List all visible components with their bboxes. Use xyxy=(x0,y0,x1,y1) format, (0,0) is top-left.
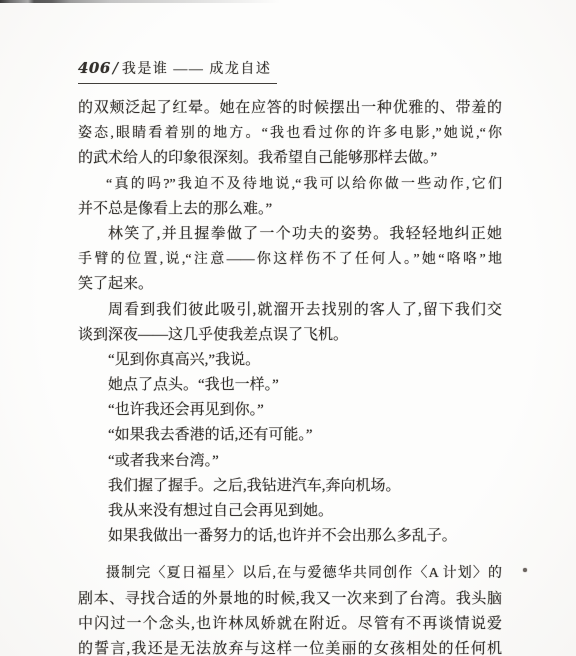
paragraph: 我从来没有想过自己会再见到她。 xyxy=(78,499,502,524)
text-line: 的双颊泛起了红晕。她在应答的时候摆出一种优雅的、带羞的 xyxy=(78,96,502,121)
paragraph: 周看到我们彼此吸引,就溜开去找别的客人了,留下我们交 谈到深夜——这几乎使我差点… xyxy=(78,298,502,348)
paragraph: “也许我还会再见到你。” xyxy=(78,398,502,423)
text-line: “见到你真高兴,”我说。 xyxy=(78,348,502,373)
text-line: 她点了点头。“我也一样。” xyxy=(78,373,502,398)
text-line: 林笑了,并且握拳做了一个功夫的姿势。我轻轻地纠正她 xyxy=(78,222,502,247)
text-line: 的誓言,我还是无法放弃与这样一位美丽的女孩相处的任何机 xyxy=(78,637,502,656)
paragraph: 我们握了握手。之后,我钻进汽车,奔向机场。 xyxy=(78,474,502,499)
text-line: “真的吗?”我迫不及待地说,“我可以给你做一些动作,它们 xyxy=(78,172,502,197)
book-page-scan: 406/我是谁 —— 成龙自述 的双颊泛起了红晕。她在应答的时候摆出一种优雅的、… xyxy=(0,0,576,656)
text-line: “或者我来台湾。” xyxy=(78,449,502,474)
scan-speck-artifact xyxy=(523,568,527,572)
paragraph: “真的吗?”我迫不及待地说,“我可以给你做一些动作,它们 并不总是像看上去的那么… xyxy=(78,172,502,222)
page-header: 406/我是谁 —— 成龙自述 xyxy=(78,58,277,84)
page-number: 406 xyxy=(78,59,111,77)
text-line: “也许我还会再见到你。” xyxy=(78,398,502,423)
text-line: 我们握了握手。之后,我钻进汽车,奔向机场。 xyxy=(78,474,502,499)
text-line: 中闪过一个念头,也许林凤娇就在附近。尽管有不再谈情说爱 xyxy=(78,612,502,637)
text-line: 摄制完〈夏日福星〉以后,在与爱德华共同创作〈A 计划〉的 xyxy=(78,561,502,586)
text-line: 并不总是像看上去的那么难。” xyxy=(78,197,502,222)
text-line: 如果我做出一番努力的话,也许并不会出那么多乱子。 xyxy=(78,524,502,549)
text-line: 手臂的位置,说,“注意——你这样伤不了任何人。”她“咯咯”地 xyxy=(78,247,502,272)
text-line: “如果我去香港的话,还有可能。” xyxy=(78,423,502,448)
text-line: 我从来没有想过自己会再见到她。 xyxy=(78,499,502,524)
header-separator: / xyxy=(111,59,122,77)
text-line: 笑了起来。 xyxy=(78,272,502,297)
body-text: 的双颊泛起了红晕。她在应答的时候摆出一种优雅的、带羞的 姿态,眼睛看着别的地方。… xyxy=(78,96,502,656)
paragraph: 她点了点头。“我也一样。” xyxy=(78,373,502,398)
book-title: 我是谁 —— 成龙自述 xyxy=(122,62,272,77)
text-line: 剧本、寻找合适的外景地的时候,我又一次来到了台湾。我头脑 xyxy=(78,587,502,612)
paragraph: “见到你真高兴,”我说。 xyxy=(78,348,502,373)
scan-edge-artifact xyxy=(0,0,280,3)
text-line: 的武术给人的印象很深刻。我希望自己能够那样去做。” xyxy=(78,146,502,171)
paragraph: 摄制完〈夏日福星〉以后,在与爱德华共同创作〈A 计划〉的 剧本、寻找合适的外景地… xyxy=(78,561,502,656)
text-line: 周看到我们彼此吸引,就溜开去找别的客人了,留下我们交 xyxy=(78,298,502,323)
paragraph: 林笑了,并且握拳做了一个功夫的姿势。我轻轻地纠正她 手臂的位置,说,“注意——你… xyxy=(78,222,502,298)
paragraph: 的双颊泛起了红晕。她在应答的时候摆出一种优雅的、带羞的 姿态,眼睛看着别的地方。… xyxy=(78,96,502,172)
paragraph: “或者我来台湾。” xyxy=(78,449,502,474)
paragraph: 如果我做出一番努力的话,也许并不会出那么多乱子。 xyxy=(78,524,502,549)
text-line: 姿态,眼睛看着别的地方。“我也看过你的许多电影,”她说,“你 xyxy=(78,121,502,146)
text-line: 谈到深夜——这几乎使我差点误了飞机。 xyxy=(78,323,502,348)
paragraph: “如果我去香港的话,还有可能。” xyxy=(78,423,502,448)
